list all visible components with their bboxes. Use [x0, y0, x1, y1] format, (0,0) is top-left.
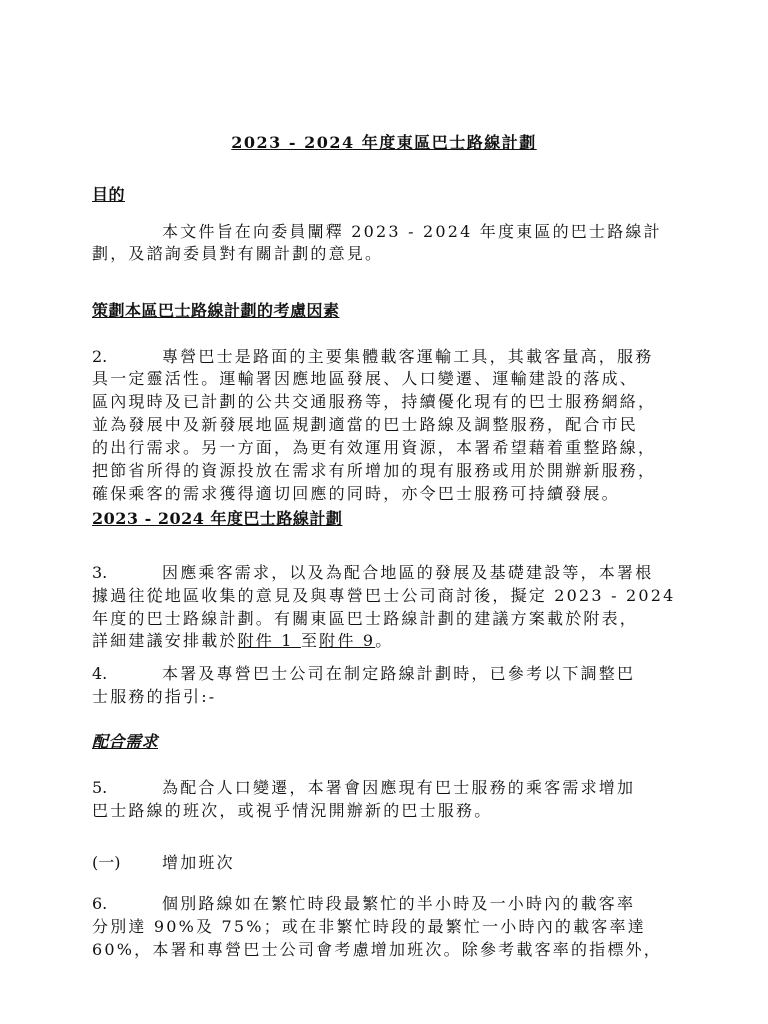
para3-line-1: 3.因應乘客需求，以及為配合地區的發展及基礎建設等，本署根 [92, 562, 682, 584]
para6-line-2: 分別達 90%及 75%；或在非繁忙時段的最繁忙一小時內的載客率達 [92, 916, 682, 938]
document-title: 2023 - 2024 年度東區巴士路線計劃 [0, 132, 768, 154]
para3-line-3: 年度的巴士路線計劃。有關東區巴士路線計劃的建議方案載於附表， [92, 608, 682, 630]
para2-line-7: 確保乘客的需求獲得適切回應的同時，亦令巴士服務可持續發展。 [92, 483, 682, 505]
para2-line-5: 的出行需求。另一方面，為更有效運用資源，本署希望藉着重整路線， [92, 437, 682, 459]
subsection-label: (一) [92, 852, 162, 874]
para4-number: 4. [92, 663, 162, 685]
para4-line-1: 4.本署及專營巴士公司在制定路線計劃時，已參考以下調整巴 [92, 663, 682, 685]
para5-number: 5. [92, 777, 162, 799]
para2-line-4: 並為發展中及新發展地區規劃適當的巴士路線及調整服務，配合市民 [92, 414, 682, 436]
para2-line-2: 具一定靈活性。運輸署因應地區發展、人口變遷、運輸建設的落成、 [92, 368, 682, 390]
para2-line-6: 把節省所得的資源投放在需求有所增加的現有服務或用於開辦新服務， [92, 460, 682, 482]
para2-line-3: 區內現時及已計劃的公共交通服務等，持續優化現有的巴士服務網絡， [92, 391, 682, 413]
para6-line-1: 6.個別路線如在繁忙時段最繁忙的半小時及一小時內的載客率 [92, 893, 682, 915]
para5-line-2: 巴士路線的班次，或視乎情況開辦新的巴士服務。 [92, 800, 682, 822]
annex-1-link[interactable]: 附件 1 [238, 631, 301, 650]
para3-line-4: 詳細建議安排載於附件 1 至附件 9。 [92, 630, 682, 652]
subsection-increase-frequency: (一)增加班次 [92, 852, 682, 874]
para4-line-2: 士服務的指引:- [92, 686, 682, 708]
heading-considerations: 策劃本區巴士路線計劃的考慮因素 [92, 300, 682, 322]
document-page: 2023 - 2024 年度東區巴士路線計劃 目的 本文件旨在向委員闡釋 202… [0, 0, 768, 1024]
para6-line-3: 60%，本署和專營巴士公司會考慮增加班次。除參考載客率的指標外， [92, 939, 682, 961]
para6-number: 6. [92, 893, 162, 915]
purpose-line-2: 劃，及諮詢委員對有關計劃的意見。 [92, 243, 682, 265]
para2-number: 2. [92, 346, 162, 368]
para2-line-1: 2.專營巴士是路面的主要集體載客運輸工具，其載客量高，服務 [92, 346, 682, 368]
heading-purpose: 目的 [92, 184, 682, 206]
para5-line-1: 5.為配合人口變遷，本署會因應現有巴士服務的乘客需求增加 [92, 777, 682, 799]
heading-plan: 2023 - 2024 年度巴士路線計劃 [92, 508, 682, 530]
purpose-line-1: 本文件旨在向委員闡釋 2023 - 2024 年度東區的巴士路線計 [92, 221, 682, 243]
heading-demand: 配合需求 [92, 731, 682, 753]
para3-number: 3. [92, 562, 162, 584]
annex-9-link[interactable]: 附件 9 [319, 631, 375, 650]
para3-line-2: 據過往從地區收集的意見及與專營巴士公司商討後，擬定 2023 - 2024 [92, 585, 682, 607]
